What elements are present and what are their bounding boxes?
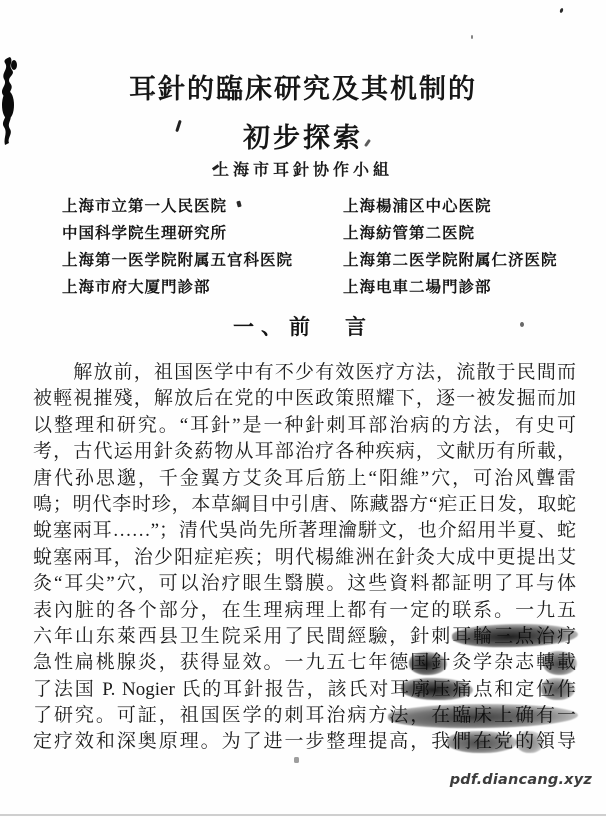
body-line: 蛻塞兩耳……”；清代吳尚先所著理瀹駢文，也介紹用半夏、蛇 [33, 518, 576, 544]
institution-name: 上海第一医学院附属五官科医院 [62, 247, 293, 274]
body-line: 被輕視摧殘，解放后在党的中医政策照耀下，逐一被发掘而加 [33, 386, 576, 412]
institution-name: 上海电車二場門診部 [343, 274, 558, 301]
body-line: 了法国 P. Nogier 氏的耳針报告，該氏对耳廓压痛点和定位作 [33, 677, 576, 703]
body-line: 鳴；明代李时珍，本草綱目中引唐、陈藏器方“疟正日发，取蛇 [33, 492, 576, 518]
document-title-line-2: 初步探索 [0, 116, 606, 155]
scanned-document-page: 耳針的臨床研究及其机制的 初步探索 上海市耳針协作小組 上海市立第一人民医院 中… [0, 0, 606, 817]
institution-list-left: 上海市立第一人民医院 中国科学院生理研究所 上海第一医学院附属五官科医院 上海市… [62, 193, 293, 301]
institution-name: 上海市府大厦門診部 [62, 274, 293, 301]
scan-speck [559, 8, 564, 14]
body-paragraph: 解放前，祖国医学中有不少有效医疗方法，流散于民間而 被輕視摧殘，解放后在党的中医… [33, 360, 576, 756]
body-line: 六年山东萊西县卫生院采用了民間經驗，針刺耳輪三点治疗 [33, 624, 576, 650]
institution-name: 中国科学院生理研究所 [62, 220, 293, 247]
scan-speck [471, 35, 473, 39]
body-line: 以整理和研究。“耳針”是一种針刺耳部治病的方法，有史可 [33, 413, 576, 439]
body-line: 定疗效和深奥原理。为了进一步整理提高，我們在党的領导 [33, 729, 576, 755]
institution-list-right: 上海楊浦区中心医院 上海紡管第二医院 上海第二医学院附属仁济医院 上海电車二場門… [343, 193, 558, 301]
institution-name: 上海楊浦区中心医院 [343, 193, 558, 220]
section-heading-foreword: 一、前 言 [0, 311, 606, 341]
page-bottom-edge [0, 814, 606, 816]
body-line: 了研究。可証，祖国医学的刺耳治病方法，在臨床上确有一 [33, 703, 576, 729]
scan-speck [294, 757, 299, 763]
document-title-line-1: 耳針的臨床研究及其机制的 [0, 67, 606, 106]
institution-name: 上海第二医学院附属仁济医院 [343, 247, 558, 274]
body-line: 解放前，祖国医学中有不少有效医疗方法，流散于民間而 [33, 360, 576, 386]
body-line: 唐代孙思邈，千金翼方艾灸耳后筋上“阳維”穴，可治风聾雷 [33, 466, 576, 492]
body-line: 灸“耳尖”穴，可以治疗眼生翳膜。这些資料都証明了耳与体 [33, 571, 576, 597]
institution-name: 上海紡管第二医院 [343, 220, 558, 247]
watermark-text: pdf.diancang.xyz [450, 772, 592, 788]
body-line: 急性扁桃腺炎，获得显效。一九五七年德国針灸学杂志轉載 [33, 650, 576, 676]
body-line: 表內脏的各个部分，在生理病理上都有一定的联系。一九五 [33, 598, 576, 624]
body-line: 考，古代运用針灸葯物从耳部治疗各种疾病，文献历有所載， [33, 439, 576, 465]
author-group-byline: 上海市耳針协作小組 [0, 157, 606, 180]
institution-name: 上海市立第一人民医院 [62, 193, 293, 220]
body-line: 蛻塞兩耳，治少阳症疟疾；明代楊維洲在針灸大成中更提出艾 [33, 545, 576, 571]
